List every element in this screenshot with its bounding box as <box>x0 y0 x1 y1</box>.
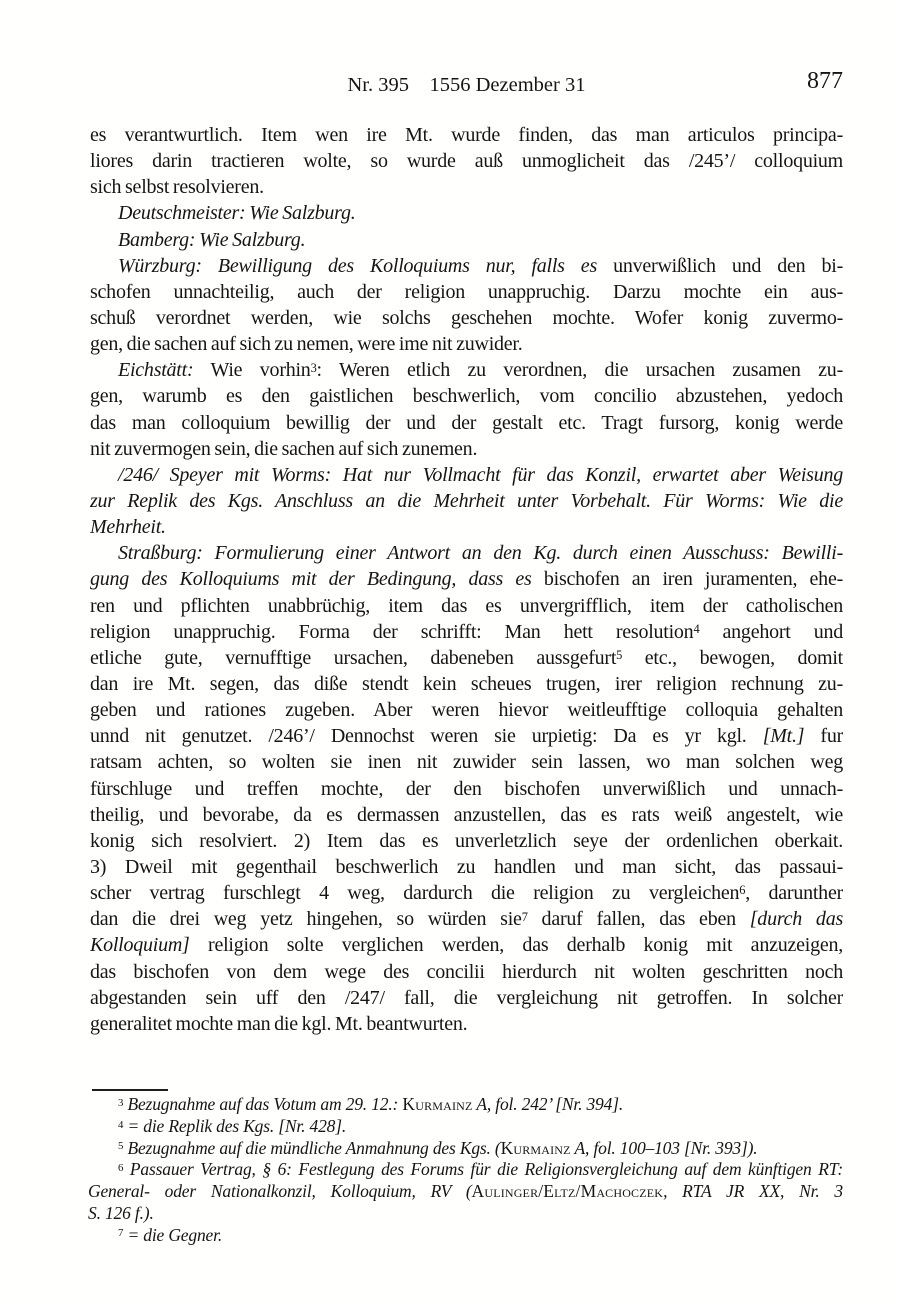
footnote-separator-rule <box>92 1089 168 1091</box>
text-run: unnd nit genutzet. /246’/ Dennochst were… <box>90 725 763 747</box>
page-header: Nr. 395 1556 Dezember 31 877 <box>90 72 843 99</box>
text-run: angehort und <box>699 621 843 643</box>
text-line: gung des Kolloquiums mit der Bedingung, … <box>90 566 843 592</box>
text-run: [durch das <box>750 908 843 930</box>
text-run: Bezugnahme auf die mündliche Anmahnung d… <box>123 1138 500 1158</box>
text-run: das bischofen von dem wege des concilii … <box>90 961 843 983</box>
running-title: Nr. 395 1556 Dezember 31 <box>348 74 586 96</box>
text-run: theilig, und bevorabe, da es dermassen a… <box>90 804 843 826</box>
text-run: fürschluge und treffen mochte, der den b… <box>90 778 843 800</box>
text-run: Wie vorhin <box>193 359 310 381</box>
text-run: ren und pflichten unabbrüchig, item das … <box>90 595 843 617</box>
text-run: Eichstätt: <box>118 359 193 381</box>
text-run: = die Replik des Kgs. [Nr. 428]. <box>123 1116 346 1136</box>
text-run: Kurmainz <box>501 1138 571 1158</box>
text-line: schuß verordnet werden, wie solchs gesch… <box>90 305 843 331</box>
text-run: Mehrheit. <box>90 516 166 538</box>
text-line: ren und pflichten unabbrüchig, item das … <box>90 593 843 619</box>
text-run: gung des Kolloquiums mit der Bedingung, … <box>90 568 532 590</box>
text-line: gen, warumb es den gaistlichen beschwerl… <box>90 383 843 409</box>
text-run: sich selbst resolvieren. <box>90 176 264 198</box>
text-run: = die Gegner. <box>123 1225 222 1245</box>
text-line: das bischofen von dem wege des concilii … <box>90 959 843 985</box>
text-line: scher vertrag furschlegt 4 weg, dardurch… <box>90 880 843 906</box>
text-line: Kolloquium] religion solte verglichen we… <box>90 932 843 958</box>
text-line: das man colloquium bewillig der und der … <box>90 410 843 436</box>
text-line: 3 Bezugnahme auf das Votum am 29. 12.: K… <box>88 1094 843 1116</box>
text-run: Bamberg: Wie Salzburg. <box>118 229 305 251</box>
text-line: Deutschmeister: Wie Salzburg. <box>90 200 843 226</box>
text-line: dan die drei weg yetz hingehen, so würde… <box>90 906 843 932</box>
text-line: geben und rationes zugeben. Aber weren h… <box>90 697 843 723</box>
text-line: Bamberg: Wie Salzburg. <box>90 227 843 253</box>
text-run: Bezugnahme auf das Votum am 29. 12.: <box>123 1094 402 1114</box>
footnote-marker: 5 <box>118 1140 123 1152</box>
book-page: Nr. 395 1556 Dezember 31 877 es verantwu… <box>0 0 900 1300</box>
text-line: religion unappruchig. Forma der schrifft… <box>90 619 843 645</box>
text-run: General- oder Nationalkonzil, Kolloquium… <box>88 1181 472 1201</box>
footnote-marker: 5 <box>616 648 622 662</box>
text-line: es verantwurtlich. Item wen ire Mt. wurd… <box>90 122 843 148</box>
footnote-marker: 4 <box>118 1119 123 1131</box>
text-run: geben und rationes zugeben. Aber weren h… <box>90 699 843 721</box>
text-run: es verantwurtlich. Item wen ire Mt. wurd… <box>90 124 843 146</box>
text-line: etliche gute, vernufftige ursachen, dabe… <box>90 645 843 671</box>
text-line: 3) Dweil mit gegenthail beschwerlich zu … <box>90 854 843 880</box>
text-run: etliche gute, vernufftige ursachen, dabe… <box>90 647 616 669</box>
text-line: General- oder Nationalkonzil, Kolloquium… <box>88 1181 843 1203</box>
text-run: /246/ Speyer mit Worms: Hat nur Vollmach… <box>118 464 843 486</box>
text-run: Würzburg: Bewilligung des Kolloquiums nu… <box>118 255 597 277</box>
footnote-marker: 4 <box>693 622 699 636</box>
text-line: konig sich resolviert. 2) Item das es un… <box>90 828 843 854</box>
text-line: 5 Bezugnahme auf die mündliche Anmahnung… <box>88 1138 843 1160</box>
text-line: Mehrheit. <box>90 514 843 540</box>
text-line: Würzburg: Bewilligung des Kolloquiums nu… <box>90 253 843 279</box>
footnote-marker: 3 <box>118 1097 123 1109</box>
text-line: S. 126 f.). <box>88 1203 843 1225</box>
text-line: schofen unnachteilig, auch der religion … <box>90 279 843 305</box>
text-run: generalitet mochte man die kgl. Mt. bean… <box>90 1013 467 1035</box>
text-run: Passauer Vertrag, § 6: Festlegung des Fo… <box>123 1159 843 1179</box>
text-line: zur Replik des Kgs. Anschluss an die Meh… <box>90 488 843 514</box>
text-line: 6 Passauer Vertrag, § 6: Festlegung des … <box>88 1159 843 1181</box>
text-line: ratsam achten, so wolten sie inen nit zu… <box>90 749 843 775</box>
text-run: , RTA JR XX, Nr. 3 <box>663 1181 843 1201</box>
text-run: Deutschmeister: Wie Salzburg. <box>118 202 356 224</box>
text-run: , darunther <box>745 882 843 904</box>
text-line: sich selbst resolvieren. <box>90 174 843 200</box>
page-number: 877 <box>807 68 843 95</box>
text-run: dan ire Mt. segen, das diße stendt kein … <box>90 673 843 695</box>
text-line: /246/ Speyer mit Worms: Hat nur Vollmach… <box>90 462 843 488</box>
text-line: generalitet mochte man die kgl. Mt. bean… <box>90 1011 843 1037</box>
footnotes-text: 3 Bezugnahme auf das Votum am 29. 12.: K… <box>88 1094 843 1246</box>
text-run: dan die drei weg yetz hingehen, so würde… <box>90 908 522 930</box>
text-run: gen, die sachen auf sich zu nemen, were … <box>90 333 523 355</box>
text-run: konig sich resolviert. 2) Item das es un… <box>90 830 843 852</box>
text-line: fürschluge und treffen mochte, der den b… <box>90 776 843 802</box>
text-line: Straßburg: Formulierung einer Antwort an… <box>90 540 843 566</box>
text-run: ratsam achten, so wolten sie inen nit zu… <box>90 751 843 773</box>
text-run: Aulinger/Eltz/Machoczek <box>472 1181 664 1201</box>
text-run: Straßburg: Formulierung einer Antwort an… <box>118 542 843 564</box>
footnote-marker: 6 <box>739 883 745 897</box>
text-run: gen, warumb es den gaistlichen beschwerl… <box>90 385 843 407</box>
text-run: 3) Dweil mit gegenthail beschwerlich zu … <box>90 856 843 878</box>
footnote-marker: 7 <box>522 910 528 924</box>
text-line: liores darin tractieren wolte, so wurde … <box>90 148 843 174</box>
text-run: fur <box>804 725 843 747</box>
text-run: daruf fallen, das eben <box>528 908 750 930</box>
text-line: Eichstätt: Wie vorhin3: Weren etlich zu … <box>90 357 843 383</box>
text-run: unverwißlich und den bi- <box>597 255 843 277</box>
text-line: nit zuvermogen sein, die sachen auf sich… <box>90 436 843 462</box>
text-run: schofen unnachteilig, auch der religion … <box>90 281 843 303</box>
text-line: 7 = die Gegner. <box>88 1225 843 1247</box>
text-run: S. 126 f.). <box>88 1203 154 1223</box>
text-line: abgestanden sein uff den /247/ fall, die… <box>90 985 843 1011</box>
text-run: religion unappruchig. Forma der schrifft… <box>90 621 693 643</box>
text-line: gen, die sachen auf sich zu nemen, were … <box>90 331 843 357</box>
body-text: es verantwurtlich. Item wen ire Mt. wurd… <box>90 122 843 1037</box>
text-run: Kolloquium] <box>90 934 190 956</box>
text-run: liores darin tractieren wolte, so wurde … <box>90 150 843 172</box>
text-run: nit zuvermogen sein, die sachen auf sich… <box>90 438 477 460</box>
text-line: theilig, und bevorabe, da es dermassen a… <box>90 802 843 828</box>
text-run: schuß verordnet werden, wie solchs gesch… <box>90 307 843 329</box>
text-run: [Mt.] <box>763 725 805 747</box>
text-line: dan ire Mt. segen, das diße stendt kein … <box>90 671 843 697</box>
footnote-marker: 3 <box>311 361 317 375</box>
text-run: zur Replik des Kgs. Anschluss an die Meh… <box>90 490 843 512</box>
text-run: etc., bewogen, domit <box>622 647 843 669</box>
text-run: das man colloquium bewillig der und der … <box>90 412 843 434</box>
text-line: 4 = die Replik des Kgs. [Nr. 428]. <box>88 1116 843 1138</box>
text-run: abgestanden sein uff den /247/ fall, die… <box>90 987 843 1009</box>
text-line: unnd nit genutzet. /246’/ Dennochst were… <box>90 723 843 749</box>
footnote-marker: 6 <box>118 1162 123 1174</box>
text-run: Kurmainz <box>402 1094 472 1114</box>
text-run: religion solte verglichen werden, das de… <box>190 934 843 956</box>
text-run: A, fol. 100–103 [Nr. 393]). <box>571 1138 758 1158</box>
footnote-marker: 7 <box>118 1227 123 1239</box>
text-run: : Weren etlich zu verordnen, die ursache… <box>317 359 843 381</box>
text-run: scher vertrag furschlegt 4 weg, dardurch… <box>90 882 739 904</box>
text-run: bischofen an iren juramenten, ehe- <box>532 568 843 590</box>
text-run: A, fol. 242’ [Nr. 394]. <box>472 1094 623 1114</box>
